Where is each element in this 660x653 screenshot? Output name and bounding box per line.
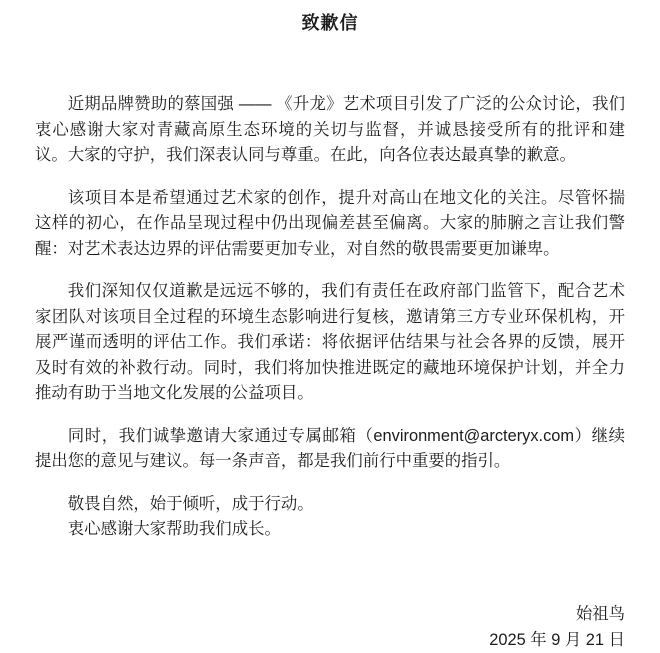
apology-letter-document: 致歉信 近期品牌赞助的蔡国强 —— 《升龙》艺术项目引发了广泛的公众讨论，我们衷… xyxy=(0,0,660,653)
signature-brand-name: 始祖鸟 xyxy=(35,601,625,627)
letter-paragraph-1: 近期品牌赞助的蔡国强 —— 《升龙》艺术项目引发了广泛的公众讨论，我们衷心感谢大… xyxy=(35,92,625,169)
closing-line-2: 衷心感谢大家帮助我们成长。 xyxy=(35,517,625,543)
letter-paragraph-2: 该项目本是希望通过艺术家的创作，提升对高山在地文化的关注。尽管怀揣这样的初心，在… xyxy=(35,186,625,263)
signature-block: 始祖鸟 2025 年 9 月 21 日 xyxy=(35,601,625,653)
letter-title: 致歉信 xyxy=(35,12,625,35)
letter-closing: 敬畏自然，始于倾听，成于行动。 衷心感谢大家帮助我们成长。 xyxy=(35,492,625,543)
closing-line-1: 敬畏自然，始于倾听，成于行动。 xyxy=(35,492,625,518)
letter-paragraph-4: 同时，我们诚挚邀请大家通过专属邮箱（environment@arcteryx.c… xyxy=(35,424,625,475)
letter-paragraph-3: 我们深知仅仅道歉是远远不够的，我们有责任在政府部门监管下，配合艺术家团队对该项目… xyxy=(35,279,625,407)
signature-date: 2025 年 9 月 21 日 xyxy=(35,627,625,653)
